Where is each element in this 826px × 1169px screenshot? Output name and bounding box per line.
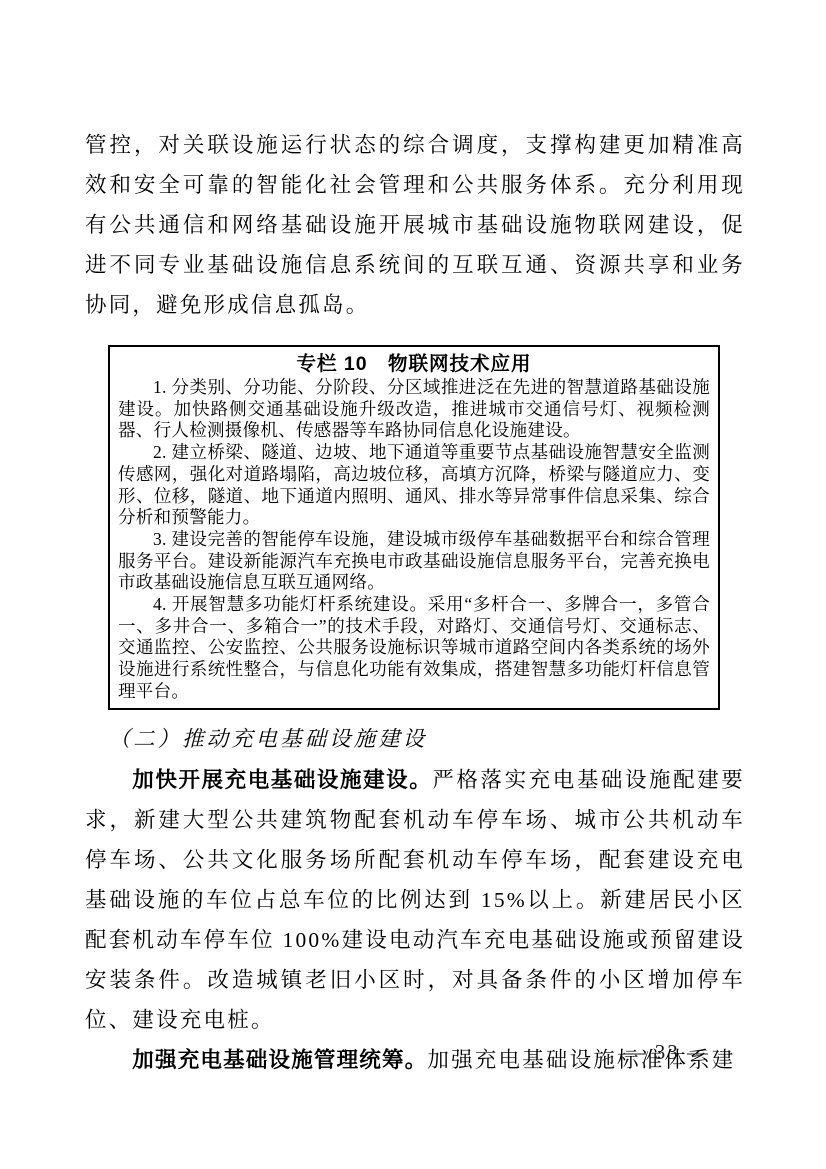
page-number: — 33 — — [625, 1040, 711, 1065]
column-box-item-4: 4. 开展智慧多功能灯杆系统建设。采用“多杆合一、多牌合一，多管合一、多井合一、… — [118, 594, 710, 703]
column-box-iot: 专栏 10 物联网技术应用 1. 分类别、分功能、分阶段、分区域推进泛在先进的智… — [108, 345, 720, 710]
management-paragraph-lead: 加强充电基础设施管理统筹。 — [132, 1048, 427, 1072]
charging-paragraph-lead: 加快开展充电基础设施建设。 — [132, 768, 432, 792]
intro-paragraph: 管控，对关联设施运行状态的综合调度，支撑构建更加精准高效和安全可靠的智能化社会管… — [85, 125, 745, 325]
column-box-item-3: 3. 建设完善的智能停车设施，建设城市级停车基础数据平台和综合管理服务平台。建设… — [118, 529, 710, 594]
column-box-item-2: 2. 建立桥梁、隧道、边坡、地下通道等重要节点基础设施智慧安全监测传感网，强化对… — [118, 442, 710, 529]
charging-paragraph: 加快开展充电基础设施建设。严格落实充电基础设施配建要求，新建大型公共建筑物配套机… — [85, 760, 745, 1040]
column-box-title: 专栏 10 物联网技术应用 — [118, 351, 710, 377]
charging-paragraph-text: 严格落实充电基础设施配建要求，新建大型公共建筑物配套机动车停车场、城市公共机动车… — [85, 768, 745, 1032]
document-page: 管控，对关联设施运行状态的综合调度，支撑构建更加精准高效和安全可靠的智能化社会管… — [0, 0, 826, 1169]
section-heading: （二）推动充电基础设施建设 — [85, 724, 745, 754]
column-box-item-1: 1. 分类别、分功能、分阶段、分区域推进泛在先进的智慧道路基础设施建设。加快路侧… — [118, 377, 710, 442]
